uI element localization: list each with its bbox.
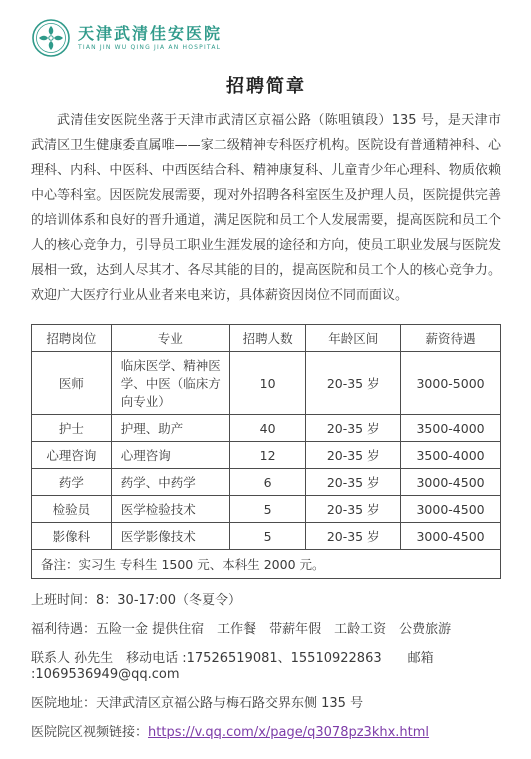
column-header-salary: 薪资待遇 [401,325,501,352]
table-row: 护士 护理、助产 40 20-35 岁 3500-4000 [32,415,501,442]
cell-age-range: 20-35 岁 [306,496,401,523]
recruitment-notice-page: 天津武清佳安医院 TIAN JIN WU QING JIA AN HOSPITA… [0,0,531,741]
cell-salary: 3500-4000 [401,442,501,469]
cell-salary: 3000-4500 [401,523,501,550]
cell-headcount: 6 [229,469,305,496]
hospital-logo: 天津武清佳安医院 TIAN JIN WU QING JIA AN HOSPITA… [31,16,501,60]
video-link-label: 医院院区视频链接： [31,725,148,740]
address-line: 医院地址：天津武清区京福公路与梅石路交界东侧 135 号 [31,696,501,712]
work-hours-line: 上班时间：8：30-17:00（冬夏令） [31,593,501,609]
cell-position: 药学 [32,469,112,496]
table-row: 医师 临床医学、精神医学、中医（临床方向专业） 10 20-35 岁 3000-… [32,352,501,415]
table-row: 检验员 医学检验技术 5 20-35 岁 3000-4500 [32,496,501,523]
cell-major: 药学、中药学 [111,469,229,496]
cell-salary: 3000-5000 [401,352,501,415]
cell-headcount: 12 [229,442,305,469]
hospital-intro-paragraph: 武清佳安医院坐落于天津市武清区京福公路（陈咀镇段）135 号，是天津市武清区卫生… [31,108,501,308]
column-header-major: 专业 [111,325,229,352]
table-note-row: 备注：实习生 专科生 1500 元、本科生 2000 元。 [32,550,501,579]
hospital-logo-icon [31,18,71,58]
table-row: 药学 药学、中药学 6 20-35 岁 3000-4500 [32,469,501,496]
cell-major: 医学影像技术 [111,523,229,550]
hospital-name-en: TIAN JIN WU QING JIA AN HOSPITAL [78,45,222,52]
cell-position: 护士 [32,415,112,442]
cell-major: 临床医学、精神医学、中医（临床方向专业） [111,352,229,415]
cell-position: 影像科 [32,523,112,550]
cell-age-range: 20-35 岁 [306,352,401,415]
cell-age-range: 20-35 岁 [306,442,401,469]
table-row: 影像科 医学影像技术 5 20-35 岁 3000-4500 [32,523,501,550]
cell-salary: 3000-4500 [401,496,501,523]
column-header-position: 招聘岗位 [32,325,112,352]
cell-position: 检验员 [32,496,112,523]
table-note: 备注：实习生 专科生 1500 元、本科生 2000 元。 [32,550,501,579]
cell-age-range: 20-35 岁 [306,415,401,442]
cell-position: 心理咨询 [32,442,112,469]
benefits-line: 福利待遇：五险一金 提供住宿 工作餐 带薪年假 工龄工资 公费旅游 [31,622,501,638]
table-header-row: 招聘岗位 专业 招聘人数 年龄区间 薪资待遇 [32,325,501,352]
cell-age-range: 20-35 岁 [306,523,401,550]
cell-age-range: 20-35 岁 [306,469,401,496]
cell-major: 护理、助产 [111,415,229,442]
cell-headcount: 10 [229,352,305,415]
cell-headcount: 40 [229,415,305,442]
column-header-age-range: 年龄区间 [306,325,401,352]
cell-salary: 3500-4000 [401,415,501,442]
cell-position: 医师 [32,352,112,415]
column-header-headcount: 招聘人数 [229,325,305,352]
cell-headcount: 5 [229,496,305,523]
contact-line: 联系人 孙先生 移动电话 :17526519081、15510922863 邮箱… [31,651,501,683]
details-section: 上班时间：8：30-17:00（冬夏令） 福利待遇：五险一金 提供住宿 工作餐 … [31,593,501,741]
hospital-name-cn: 天津武清佳安医院 [78,25,222,43]
recruitment-table: 招聘岗位 专业 招聘人数 年龄区间 薪资待遇 医师 临床医学、精神医学、中医（临… [31,324,501,579]
cell-major: 医学检验技术 [111,496,229,523]
page-title: 招聘简章 [31,72,501,98]
cell-major: 心理咨询 [111,442,229,469]
cell-salary: 3000-4500 [401,469,501,496]
cell-headcount: 5 [229,523,305,550]
table-row: 心理咨询 心理咨询 12 20-35 岁 3500-4000 [32,442,501,469]
hospital-video-link[interactable]: https://v.qq.com/x/page/q3078pz3khx.html [148,725,429,740]
video-link-line: 医院院区视频链接：https://v.qq.com/x/page/q3078pz… [31,725,501,741]
